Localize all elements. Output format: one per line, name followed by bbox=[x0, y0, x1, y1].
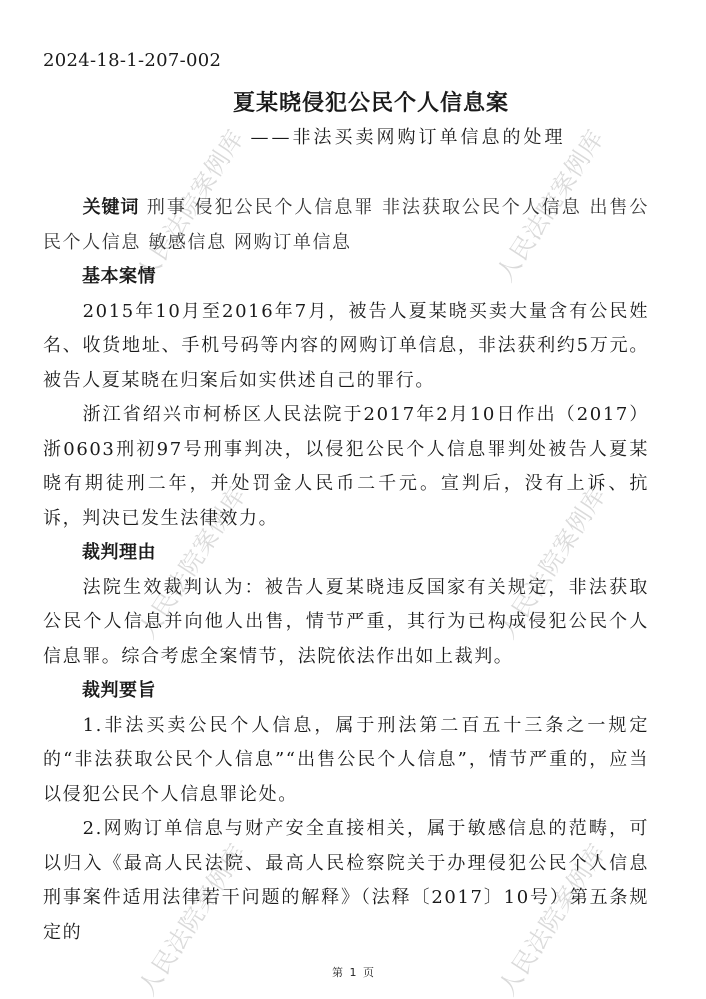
paragraph: 法院生效裁判认为：被告人夏某晓违反国家有关规定，非法获取公民个人信息并向他人出售… bbox=[43, 571, 649, 675]
paragraph: 1.非法买卖公民个人信息，属于刑法第二百五十三条之一规定的“非法获取公民个人信息… bbox=[43, 709, 649, 813]
keywords-label: 关键词 bbox=[83, 197, 140, 218]
paragraph: 浙江省绍兴市柯桥区人民法院于2017年2月10日作出（2017）浙0603刑初9… bbox=[43, 398, 649, 536]
keywords-paragraph: 关键词 刑事 侵犯公民个人信息罪 非法获取公民个人信息 出售公民个人信息 敏感信… bbox=[43, 191, 649, 260]
paragraph: 2015年10月至2016年7月，被告人夏某晓买卖大量含有公民姓名、收货地址、手… bbox=[43, 295, 649, 399]
document-title: 夏某晓侵犯公民个人信息案 bbox=[0, 86, 706, 117]
document-subtitle: ——非法买卖网购订单信息的处理 bbox=[0, 123, 706, 149]
section-heading-key-points: 裁判要旨 bbox=[43, 674, 649, 709]
section-heading-basic-facts: 基本案情 bbox=[43, 260, 649, 295]
section-heading-reasoning: 裁判理由 bbox=[43, 536, 649, 571]
document-body: 关键词 刑事 侵犯公民个人信息罪 非法获取公民个人信息 出售公民个人信息 敏感信… bbox=[43, 191, 649, 950]
page-number: 第 1 页 bbox=[0, 964, 706, 980]
document-page: 人民法院案例库 人民法院案例库 人民法院案例库 人民法院案例库 人民法院案例库 … bbox=[0, 0, 706, 999]
case-number: 2024-18-1-207-002 bbox=[43, 50, 221, 71]
paragraph: 2.网购订单信息与财产安全直接相关，属于敏感信息的范畴，可以归入《最高人民法院、… bbox=[43, 812, 649, 950]
